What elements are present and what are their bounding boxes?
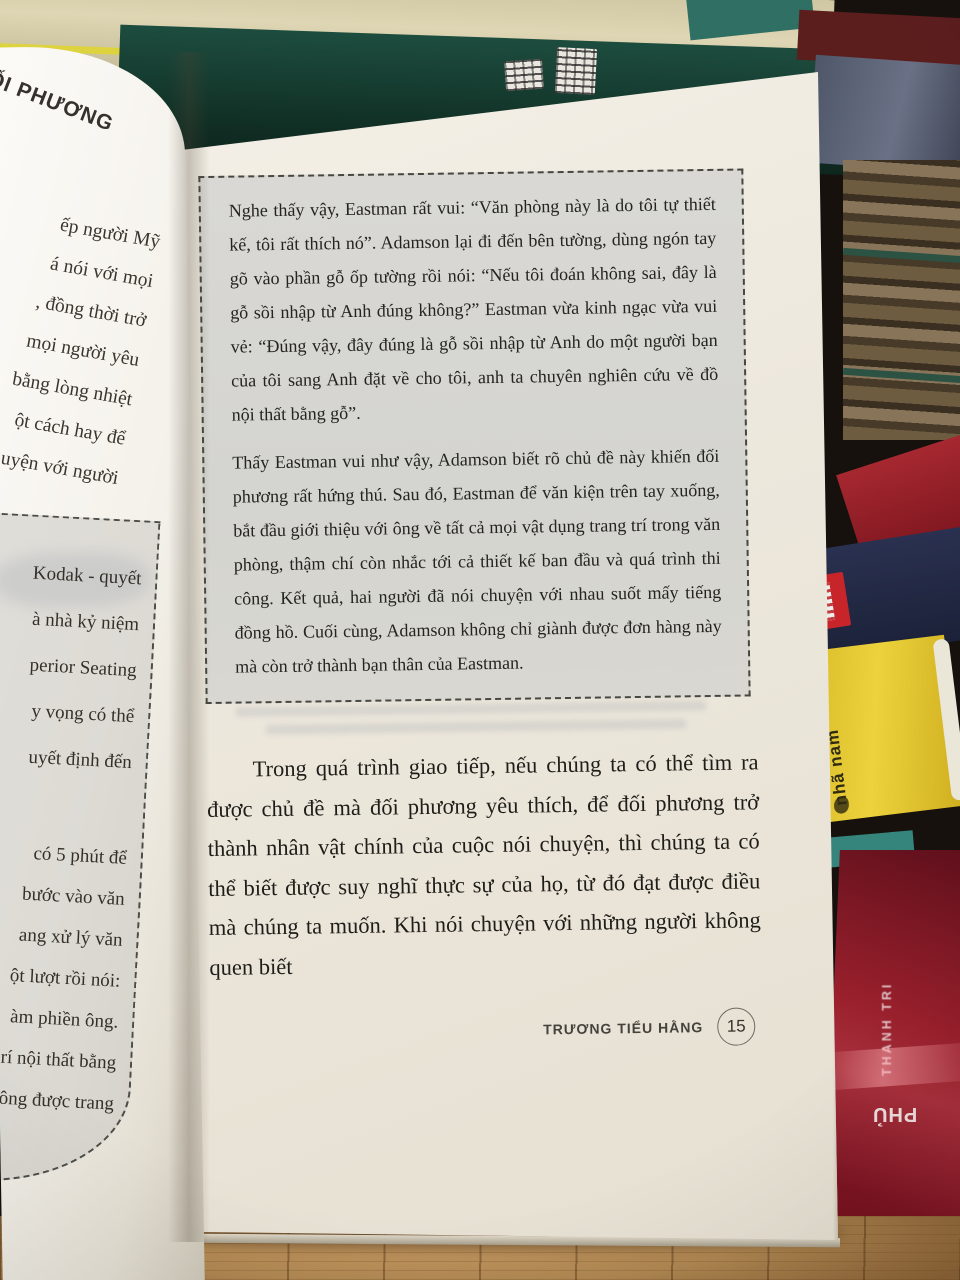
right-page-content: Nghe thấy vậy, Eastman rất vui: “Văn phò…	[142, 55, 848, 1250]
stamp-logo-icon	[504, 59, 544, 92]
text-fragment: Kodak - quyết	[0, 546, 143, 603]
yellow-book-fore-edge	[932, 638, 960, 801]
book-right-page: Nghe thấy vậy, Eastman rất vui: “Văn phò…	[150, 60, 840, 1245]
author-name: TRƯƠNG TIỂU HẰNG	[543, 1019, 703, 1037]
stamp-logo-icon	[555, 47, 597, 95]
page-footer: TRƯƠNG TIỂU HẰNG 15	[210, 1007, 755, 1053]
background-blue-grey-book	[808, 55, 960, 174]
book-spine-shadow	[168, 52, 210, 1242]
red-book-shine	[820, 1043, 960, 1091]
page-number-badge: 15	[717, 1007, 756, 1046]
red-book-bottom-label: PHỦ	[872, 1102, 917, 1125]
left-page-heading-fragment: ỐI PHƯƠNG	[0, 67, 161, 154]
left-page-text-fragments: ếp người Mỹ á nói với mọi , đồng thời tr…	[0, 191, 163, 499]
body-paragraph: Trong quá trình giao tiếp, nếu chúng ta …	[206, 742, 761, 987]
large-red-book-cover: THANH TRI PHỦ	[820, 850, 960, 1274]
red-book-spine-label: THANH TRI	[880, 866, 894, 1076]
ink-bleedthrough	[206, 696, 751, 742]
quote-paragraph-2: Thấy Eastman vui như vậy, Adamson biết r…	[232, 439, 722, 684]
left-page-dashed-box: Kodak - quyết à nhà kỷ niệm perior Seati…	[0, 510, 161, 1189]
book-photo-scene: KHOA HỌC & TH nhã nam THANH TRI PHỦ Nghe…	[0, 0, 960, 1280]
background-stacked-page-edges	[843, 160, 960, 440]
text-fragment: à nhà kỷ niệm	[0, 592, 140, 649]
quote-paragraph-1: Nghe thấy vậy, Eastman rất vui: “Văn phò…	[229, 187, 719, 432]
quote-dashed-box: Nghe thấy vậy, Eastman rất vui: “Văn phò…	[198, 168, 750, 704]
